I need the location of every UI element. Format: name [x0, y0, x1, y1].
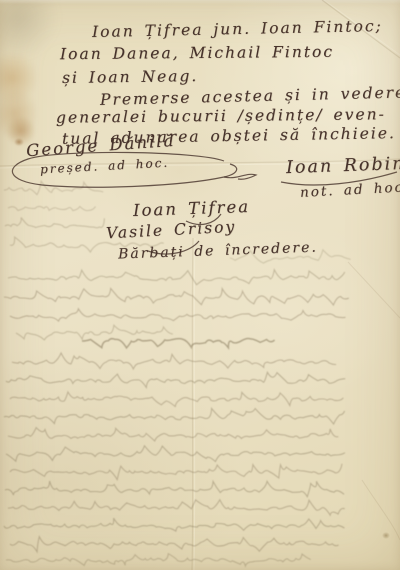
bleedthrough-line [4, 409, 345, 425]
letter-line-1: Ioan Țifrea jun. Ioan Fintoc; [92, 17, 383, 41]
bleedthrough-line [16, 325, 173, 340]
bleedthrough-line [10, 392, 343, 407]
bleedthrough-line [12, 353, 336, 369]
witness-name-2: Vasile Crisoy [106, 218, 237, 243]
letter-line-5: generalei bucurii /ședințe/ even- [56, 105, 386, 126]
document-scan: Ioan Țifrea jun. Ioan Fintoc; Ioan Danea… [0, 0, 400, 570]
left-edge-stain [0, 88, 38, 140]
left-edge-stain [0, 52, 38, 104]
letter-line-2: Ioan Danea, Michail Fintoc [60, 43, 334, 63]
bleedthrough-line [10, 464, 342, 480]
bleedthrough-line [6, 372, 345, 387]
signature-left-title: președ. ad hoc. [40, 156, 170, 177]
bleedthrough-line [4, 289, 349, 306]
bleedthrough-line [4, 518, 344, 531]
ink-speck [382, 532, 390, 539]
letter-line-3: și Ioan Neag. [62, 67, 199, 87]
signature-left-flourish-tail [224, 174, 256, 179]
signature-right-name: Ioan Robin [286, 154, 400, 178]
bleedthrough-line [82, 338, 275, 347]
paper-top-edge-highlight [0, 0, 400, 4]
bleedthrough-line [8, 206, 96, 210]
rust-speck [14, 138, 24, 146]
bleedthrough-line [10, 537, 339, 552]
bleedthrough-line [5, 481, 344, 497]
bleedthrough-line [5, 218, 104, 228]
witness-name-1: Ioan Țifrea [133, 197, 251, 220]
corner-shadow-stain [0, 0, 58, 58]
bleedthrough-line [8, 500, 345, 515]
bleedthrough-line [6, 446, 345, 462]
bleedthrough-line [8, 428, 338, 441]
bleedthrough-line [10, 309, 346, 321]
bleedthrough-line [4, 181, 103, 194]
bleedthrough-line [6, 554, 311, 566]
bleedthrough-line [8, 270, 345, 285]
signature-right-title: not. ad hoc. [300, 179, 400, 201]
witnesses-caption: Bărbați de încredere. [118, 240, 318, 263]
